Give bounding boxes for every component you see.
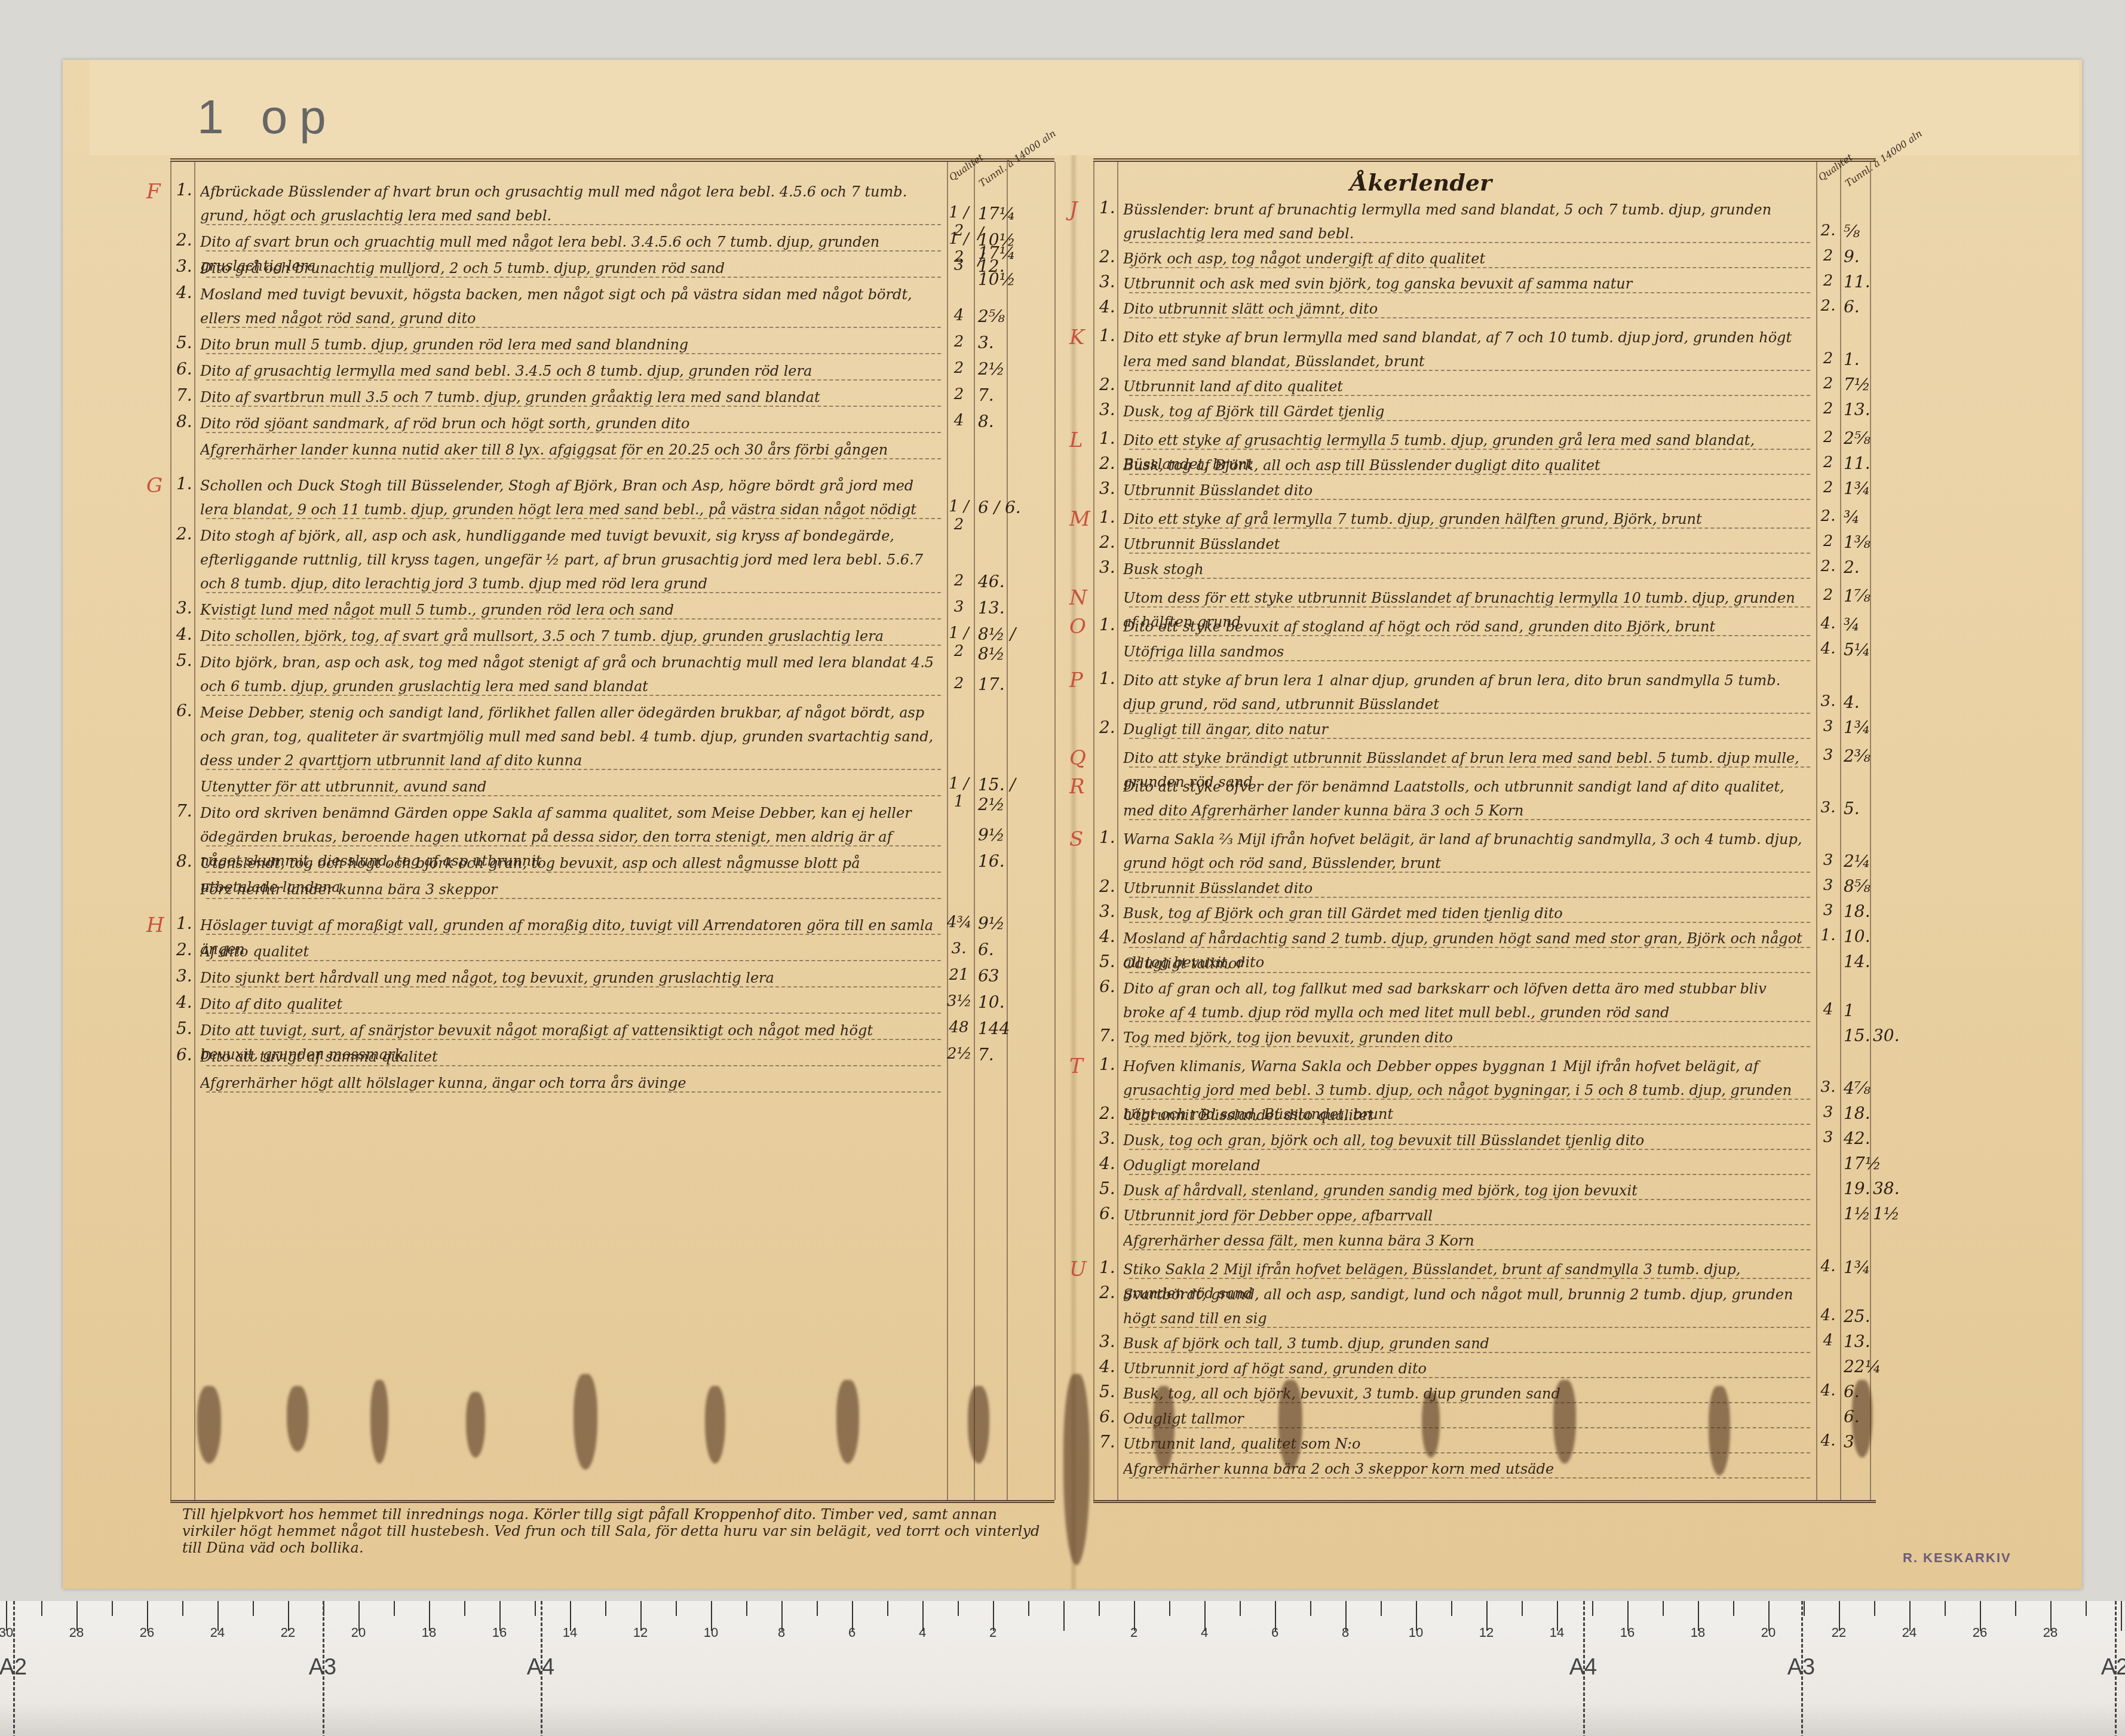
leader-dots [206,1091,941,1093]
entry-number: 7. [176,385,192,405]
section-letter: G [146,474,162,498]
leader-dots [1129,1427,1810,1428]
leader-dots [206,250,941,251]
entry-number: 7. [1099,1432,1115,1452]
ruler-tick [1063,1601,1065,1631]
entry-number: 5. [176,333,192,352]
ruler-label: 26 [140,1625,154,1640]
entry-description: Dito björk, bran, asp och ask, tog med n… [200,651,935,698]
ruler-label: 16 [1620,1625,1635,1640]
ruler-label: 14 [563,1625,577,1640]
leader-dots [206,277,941,278]
qualitet-value: 2 [947,572,971,590]
ruler-label: 4 [919,1625,926,1640]
entry-number: 5. [1099,952,1115,971]
entry-number: 3. [1099,479,1115,498]
entry-number: 7. [1099,1026,1115,1045]
leader-dots [206,934,941,935]
leader-dots [1129,1477,1810,1479]
ruler-tick [746,1601,747,1616]
entry-description: Dito ett styke af brun lermylla med sand… [1123,326,1804,373]
ledger-entry: 2.Björk och asp, tog något undergift af … [1093,247,1876,271]
ruler-label: 10 [1409,1625,1423,1640]
leader-dots [1129,474,1810,475]
qualitet-value: 4 [1816,1001,1840,1019]
ruler-label: 30 [0,1625,13,1640]
leader-dots [206,432,941,433]
qualitet-value: 3. [1816,692,1840,710]
ledger-entry: NUtom dess för ett styke utbrunnit Büssl… [1093,586,1876,610]
paper-format-label: A2 [2101,1655,2125,1680]
leader-dots [1129,553,1810,554]
entry-number: 6. [176,359,192,379]
entry-description: Dito af gran och all, tog fallkut med sa… [1123,977,1804,1025]
entry-description: Mosland med tuvigt bevuxit, högsta backe… [200,283,935,330]
ruler-tick [1381,1601,1382,1616]
qualitet-value: 2 [1816,349,1840,367]
entry-number: 3. [176,966,192,986]
leader-dots [1129,242,1810,243]
leader-dots [1129,499,1810,500]
entry-number: 2. [176,230,192,250]
entry-description: Dito att styke af brun lera 1 alnar djup… [1123,668,1804,716]
entry-number: 6. [176,701,192,720]
ruler-tick [1240,1601,1241,1616]
entry-number: 2. [1099,247,1115,266]
ledger-entry: 8.Utenslendt, tog och högt och björk och… [170,851,1054,875]
entry-number: 5. [176,651,192,670]
qualitet-value: 4. [1816,1432,1840,1450]
leader-dots [1129,395,1810,396]
entry-number: 1. [1099,198,1115,217]
area-value: ¾ [1844,507,1891,527]
area-value: 9½ [978,825,1026,845]
area-value: 5. [1844,799,1891,818]
qualitet-value: 3 [1816,851,1840,869]
entry-number: 3. [1099,1332,1115,1351]
entry-number: 5. [1099,1179,1115,1198]
pencil-folio-note: 1 op [197,90,338,145]
ledger-entry: T1.Hofven klimanis, Warna Sakla och Debb… [1093,1054,1876,1102]
entry-number: 5. [176,1019,192,1038]
ledger-entry: 5.Dito brun mull 5 tumb. djup, grunden r… [170,333,1054,357]
ruler-label: 12 [1479,1625,1494,1640]
paper-format-marker [1801,1601,1803,1736]
section-letter: O [1069,615,1086,639]
paper-format-marker [13,1601,15,1736]
leader-dots [1129,660,1810,661]
leader-dots [1129,972,1810,973]
ruler-label: 14 [1550,1625,1564,1640]
area-value: 3. [978,333,1026,352]
entry-number: 2. [1099,453,1115,473]
ruler-label: 18 [1691,1625,1705,1640]
ledger-entry: P1.Dito att styke af brun lera 1 alnar d… [1093,668,1876,716]
ledger-entry: 4.Dito af dito qualitet3½10. [170,992,1054,1016]
leader-dots [206,960,941,961]
left-page: Qualitet Tunnl. à 14000 aln F1.Afbrückad… [170,158,1054,1503]
qualitet-value: 2 [1816,479,1840,496]
leader-dots [206,795,941,796]
qualitet-value: 4 [947,412,971,430]
leader-dots [1129,1249,1810,1250]
area-value: 46. [978,572,1026,591]
ledger-entry: 5.Dito att tuvigt, surt, af snärjstor be… [170,1019,1054,1042]
ruler-label: 24 [1902,1625,1917,1640]
qualitet-value: 3. [1816,799,1840,817]
section-letter: U [1069,1257,1087,1281]
leader-dots [206,224,941,225]
area-value: 63 [978,966,1026,986]
qualitet-value: 2 [1816,272,1840,290]
entry-number: 6. [176,1045,192,1065]
entry-number: 2. [1099,876,1115,896]
sk-value: 30. [1873,1026,1921,1045]
ledger-entry: 5.Busk, tog, all och björk, bevuxit, 3 t… [1093,1382,1876,1406]
ruler-tick [1874,1601,1875,1616]
qualitet-value: 3 [1816,876,1840,894]
entry-description: Dito att styke öfver der för benämnd Laa… [1123,775,1804,823]
leader-dots [1129,947,1810,948]
ledger-entry: 6.Meise Debber, stenig och sandigt land,… [170,701,1054,772]
ledger-entry: 3.Dusk, tog och gran, björk och all, tog… [1093,1128,1876,1152]
ledger-entry: Utöfriga lilla sandmos4.5¼ [1093,640,1876,664]
area-value: 7. [978,1045,1026,1065]
leader-dots [206,898,941,899]
ruler-tick [1028,1601,1029,1616]
ledger-entry: Afgrerhärher dessa fält, men kunna bära … [1093,1229,1876,1253]
entry-number: 1. [176,474,192,493]
qualitet-value: 3 [1816,1128,1840,1146]
ledger-entry: 3.Busk stogh2.2. [1093,557,1876,581]
leader-dots [1129,420,1810,421]
entry-number: 1. [1099,1054,1115,1074]
ledger-entry: QDito att styke brändigt utbrunnit Büssl… [1093,746,1876,770]
ruler-tick [1945,1601,1946,1616]
ledger-entry: 7.Dito ord skriven benämnd Gärden oppe S… [170,801,1054,849]
ruler-label: 6 [1271,1625,1278,1640]
qualitet-value: 3. [1816,1078,1840,1096]
paper-format-marker [2115,1601,2117,1736]
ruler-tick [1451,1601,1452,1616]
ledger-entry: 2.Utbrunnit Büsslandet dito38⅝ [1093,876,1876,900]
ledger-entry: 3.Busk af björk och tall, 3 tumb. djup, … [1093,1332,1876,1355]
qualitet-value: 2 [947,385,971,403]
qualitet-value: 21 [947,966,971,984]
area-value: 9½ [978,913,1026,933]
area-value: 1⅜ [1844,532,1891,552]
qualitet-value: 2. [1816,557,1840,575]
area-value: 8⅝ [1844,876,1891,896]
area-value: 2⅝ [978,306,1026,326]
footer-note: Till hjelpkvort hos hemmet till inrednin… [182,1506,1048,1556]
entry-number: 1. [1099,827,1115,847]
ruler-label: 2 [989,1625,996,1640]
leader-dots [1129,449,1810,450]
area-value: ¾ [1844,615,1891,634]
section-letter: P [1069,668,1083,692]
entry-number: 4. [1099,1154,1115,1173]
leader-dots [206,618,941,619]
leader-dots [206,379,941,381]
entry-number: 2. [176,940,192,959]
ruler-tick [1733,1601,1734,1616]
ruler-label: 8 [778,1625,785,1640]
area-value: 10. [1844,927,1891,946]
ruler-tick [464,1601,465,1616]
entry-number: 4. [176,624,192,644]
entry-number: 6. [1099,1204,1115,1223]
entry-number: 3. [1099,1128,1115,1148]
ruler-label: 18 [422,1625,436,1640]
area-value: 1¾ [1844,479,1891,498]
leader-dots [1129,819,1810,820]
ruler-tick [41,1601,42,1616]
ruler-tick [1522,1601,1523,1616]
ruler-tick [1804,1601,1805,1616]
area-value: 25. [1844,1306,1891,1326]
ledger-entry: 7.Tog med björk, tog ijon bevuxit, grund… [1093,1026,1876,1050]
section-letter: L [1069,428,1083,452]
entry-number: 2. [1099,717,1115,737]
area-value: 18. [1844,901,1891,921]
qualitet-value: 3. [947,940,971,958]
area-value: 4. [1844,692,1891,712]
section-letter: Q [1069,746,1086,770]
ledger-entry: Afgrerhärher kunna bära 2 och 3 skeppor … [1093,1457,1876,1481]
entry-number: 4. [1099,927,1115,946]
qualitet-value: 3 [947,598,971,616]
measurement-ruler: 3028262422201816141210864224681012141618… [0,1601,2125,1736]
qualitet-value: 2 [1816,532,1840,550]
ledger-entry: 2.Dito af svart brun och gruachtig mull … [170,230,1054,254]
entry-number: 4. [1099,297,1115,317]
ledger-entry: G1.Schollen och Duck Stogh till Büsselen… [170,474,1054,522]
leader-dots [206,406,941,407]
qualitet-value: 2 [1816,428,1840,446]
area-value: 2¼ [1844,851,1891,871]
entry-number: 2. [1099,375,1115,394]
ledger-entry: 6.Dito af gran och all, tog fallkut med … [1093,977,1876,1025]
ruler-tick [535,1601,536,1616]
section-letter: H [146,913,164,937]
ledger-entry: U1.Stiko Sakla 2 Mijl ifrån hofvet beläg… [1093,1257,1876,1281]
qualitet-value: 4 [1816,1332,1840,1349]
area-value: 18. [1844,1103,1891,1123]
qualitet-value: 3 [1816,1103,1840,1121]
area-value: 6. [978,940,1026,959]
ruler-tick [182,1601,183,1616]
area-value: 4⅞ [1844,1078,1891,1098]
area-value: 11. [1844,453,1891,473]
ledger-entry: M1.Dito ett styke af grå lermylla 7 tumb… [1093,507,1876,531]
area-value: 5¼ [1844,640,1891,660]
qualitet-value: 2½ [947,1045,971,1063]
ledger-entry: Afgrerhärher högt allt hölslager kunna, … [170,1071,1054,1095]
ledger-entry: J1.Büsslender: brunt af brunachtig lermy… [1093,198,1876,246]
leader-dots [1129,578,1810,579]
leader-dots [206,1039,941,1040]
ledger-entry: 3.Utbrunnit Büsslandet dito21¾ [1093,479,1876,502]
leader-dots [1129,713,1810,714]
qualitet-value: 3 [1816,717,1840,735]
leader-dots [1129,1377,1810,1378]
area-value: 1⅞ [1844,586,1891,606]
ruler-tick [2086,1601,2087,1616]
entry-number: 8. [176,412,192,431]
paper-top-flap [90,60,2079,155]
ledger-entry: 7.Utbrunnit land, qualitet som N:o4.3 [1093,1432,1876,1456]
ledger-entry: 4.Odugligt moreland17½ [1093,1154,1876,1177]
ledger-entry: 5.Dusk af hårdvall, stenland, grunden sa… [1093,1179,1876,1203]
entry-number: 1. [176,180,192,200]
ledger-entry: 8.Dito röd sjöant sandmark, af röd brun … [170,412,1054,435]
leader-dots [1129,1452,1810,1453]
entry-number: 1. [1099,428,1115,448]
entry-description: Afbrückade Büsslender af hvart brun och … [200,180,935,228]
ledger-entry: S1.Warna Sakla ⅔ Mijl ifrån hofvet beläg… [1093,827,1876,875]
area-value: 13. [1844,400,1891,419]
ledger-entry: Förz herhir lander kunna bära 3 skeppor [170,878,1054,901]
leader-dots [1129,1149,1810,1150]
ruler-tick [1099,1601,1100,1616]
leader-dots [1129,1021,1810,1022]
entry-number: 3. [176,598,192,618]
leader-dots [1129,1199,1810,1200]
ruler-tick [2015,1601,2016,1616]
leader-dots [1129,1327,1810,1328]
area-value: 7. [978,385,1026,405]
ruler-label: 20 [1761,1625,1776,1640]
leader-dots [1129,1402,1810,1403]
entry-number: 2. [1099,1103,1115,1123]
paper-format-marker [323,1601,324,1736]
entry-number: 6. [1099,1407,1115,1427]
leader-dots [1129,317,1810,318]
leader-dots [206,986,941,987]
qualitet-value: 1. [1816,927,1840,944]
section-letter: N [1069,586,1087,610]
section-letter: K [1069,326,1084,349]
leader-dots [1129,292,1810,293]
leader-dots [206,327,941,328]
entry-number: 7. [176,801,192,821]
section-letter: M [1069,507,1090,531]
entry-number: 1. [1099,668,1115,688]
leader-dots [1129,606,1810,608]
entry-number: 4. [176,992,192,1012]
entry-number: 6. [1099,977,1115,996]
area-value: 17. [978,674,1026,694]
qualitet-value: 2. [1816,507,1840,525]
area-value: 1¾ [1844,717,1891,737]
leader-dots [1129,1174,1810,1175]
leader-dots [206,645,941,646]
entry-number: 2. [1099,1283,1115,1302]
area-value: 9. [1844,247,1891,266]
sk-value: 38. [1873,1179,1921,1198]
archive-stamp: R. KESKARKIV [1903,1550,2011,1566]
paper-format-marker [541,1601,542,1736]
qualitet-value: 3 [1816,901,1840,919]
ledger-entry: 2.Af dito qualitet3.6. [170,940,1054,964]
qualitet-value: 3 [947,256,971,274]
leader-dots [206,458,941,459]
entry-number: 3. [1099,557,1115,577]
ruler-label: 24 [210,1625,225,1640]
entry-number: 3. [1099,400,1115,419]
qualitet-value: 2 [1816,586,1840,604]
ledger-entry: Utenytter för att utbrunnit, avund sand1… [170,775,1054,799]
entry-number: 3. [176,256,192,276]
ledger-entry: K1.Dito ett styke af brun lermylla med s… [1093,326,1876,373]
ledger-entry: 5.Dito björk, bran, asp och ask, tog med… [170,651,1054,698]
area-value: 11. [1844,272,1891,292]
paper-format-marker [1583,1601,1585,1736]
ledger-entry: L1.Dito ett styke af grusachtig lermylla… [1093,428,1876,452]
ledger-entry: 3.Utbrunnit och ask med svin björk, tog … [1093,272,1876,296]
ledger-entry: 3.Kvistigt lund med något mull 5 tumb., … [170,598,1054,622]
area-value: 22¼ [1844,1357,1891,1376]
qualitet-value: 3 [1816,746,1840,764]
ledger-entry: 3.Dito grå och brunachtig mulljord, 2 oc… [170,256,1054,280]
right-page: Åkerlender Qualitet Tunnl. à 14000 aln J… [1093,158,1876,1503]
area-value: 10. [978,992,1026,1012]
entry-description: Büsslender: brunt af brunachtig lermylla… [1123,198,1804,246]
qualitet-value: 3½ [947,992,971,1010]
area-value: 2½ [978,359,1026,379]
area-value: 1 [1844,1001,1891,1020]
ruler-label: 28 [69,1625,84,1640]
ledger-entry: 3.Dito sjunkt bert hårdvall ung med någo… [170,966,1054,990]
leader-dots [206,353,941,354]
ledger-entry: Afgrerhärher lander kunna nutid aker til… [170,438,1054,462]
section-letter: S [1069,827,1083,851]
area-value: 6 / 6. [978,498,1026,517]
ruler-tick [2121,1601,2122,1631]
ruler-label: 16 [492,1625,507,1640]
ledger-entry: 2.Dito stogh af björk, all, asp och ask,… [170,524,1054,596]
entry-description: Warna Sakla ⅔ Mijl ifrån hofvet belägit,… [1123,827,1804,875]
leader-dots [1129,635,1810,636]
entry-description: Meise Debber, stenig och sandigt land, f… [200,701,935,772]
section-letter: F [146,180,161,204]
area-value: 2. [1844,557,1891,577]
entry-number: 4. [1099,1357,1115,1376]
leader-dots [1129,1046,1810,1047]
area-value: 13. [1844,1332,1891,1351]
ruler-tick [1592,1601,1593,1616]
qualitet-value: 4. [1816,1382,1840,1400]
ledger-entry: 7.Dito af svartbrun mull 3.5 och 7 tumb.… [170,385,1054,409]
ruler-label: 22 [1832,1625,1846,1640]
qualitet-value: 4. [1816,1257,1840,1275]
qualitet-value: 2 [1816,375,1840,392]
entry-number: 1. [1099,615,1115,634]
leader-dots [1129,527,1810,529]
entry-number: 5. [1099,1382,1115,1401]
area-value: 2⅜ [1844,746,1891,766]
area-value: 6. [1844,297,1891,317]
ledger-entry: 6.Odugligt tallmor6. [1093,1407,1876,1431]
ruler-label: 20 [351,1625,366,1640]
ledger-entry: 2.Dugligt till ängar, dito natur31¾ [1093,717,1876,741]
entry-number: 1. [1099,1257,1115,1277]
ruler-label: 4 [1201,1625,1208,1640]
ruler-tick [394,1601,395,1616]
ruler-tick [112,1601,113,1616]
ledger-entry: 4.Mosland med tuvigt bevuxit, högsta bac… [170,283,1054,330]
